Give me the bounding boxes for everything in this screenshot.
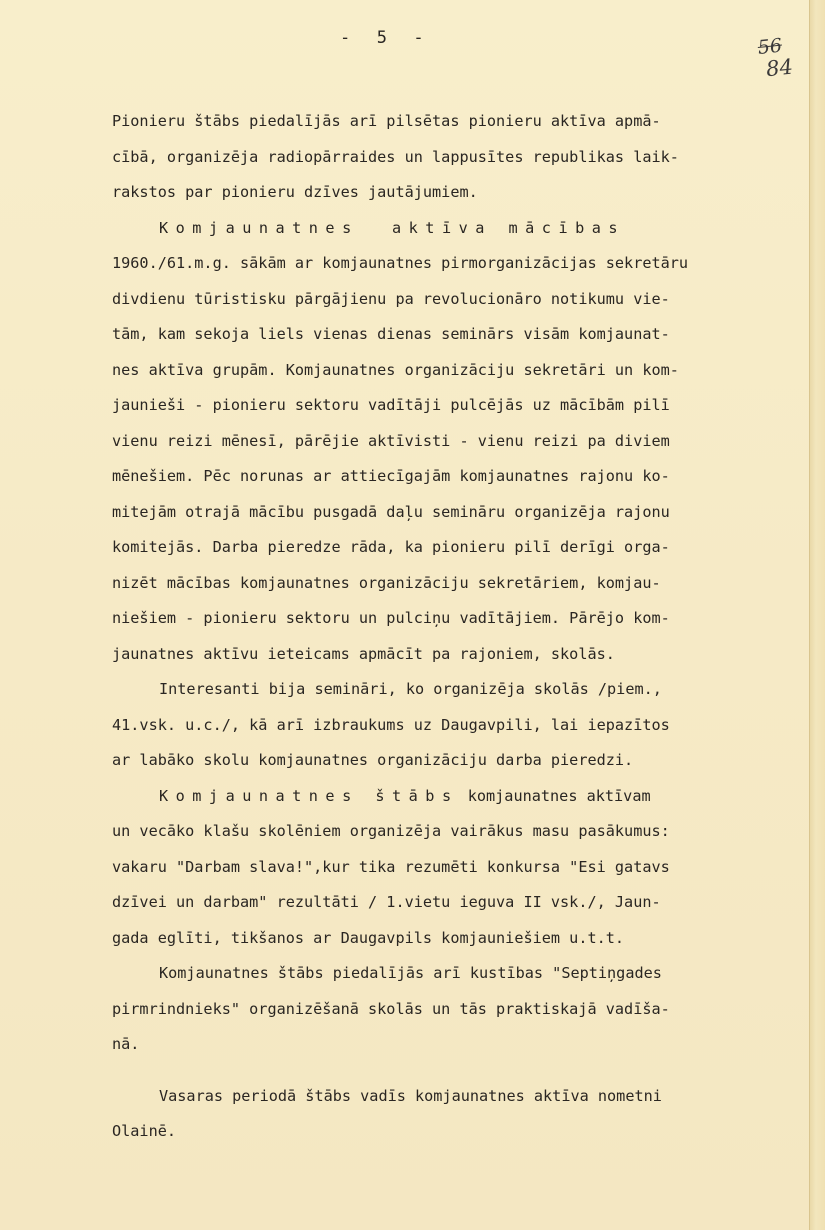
line-text: dzīvei un darbam" rezultāti / 1.vietu ie… — [112, 893, 661, 911]
text-line: pirmrindnieks" organizēšanā skolās un tā… — [112, 992, 812, 1028]
line-text: divdienu tūristisku pārgājienu pa revolu… — [112, 290, 670, 308]
text-line: 41.vsk. u.c./, kā arī izbraukums uz Daug… — [112, 708, 812, 744]
text-line: divdienu tūristisku pārgājienu pa revolu… — [112, 282, 812, 318]
line-text: un vecāko klašu skolēniem organizēja vai… — [112, 822, 670, 840]
text-line: Komjaunatnes štābs piedalījās arī kustīb… — [112, 956, 812, 992]
text-line: gada eglīti, tikšanos ar Daugavpils komj… — [112, 921, 812, 957]
line-text: cībā, organizēja radiopārraides un lappu… — [112, 148, 679, 166]
text-line: Vasaras periodā štābs vadīs komjaunatnes… — [112, 1079, 812, 1115]
text-line: nā. — [112, 1027, 812, 1063]
page-edge — [809, 0, 825, 1230]
line-text: Komjaunatnes štābs piedalījās arī kustīb… — [159, 964, 662, 982]
line-text: mitejām otrajā mācību pusgadā daļu semin… — [112, 503, 670, 521]
document-page: - 5 - 56 84 Pionieru štābs piedalījās ar… — [0, 0, 810, 1230]
line-text: tām, kam sekoja liels vienas dienas semi… — [112, 325, 670, 343]
line-text: nā. — [112, 1035, 139, 1053]
text-line: dzīvei un darbam" rezultāti / 1.vietu ie… — [112, 885, 812, 921]
line-text: pirmrindnieks" organizēšanā skolās un tā… — [112, 1000, 670, 1018]
text-line: vienu reizi mēnesī, pārējie aktīvisti - … — [112, 424, 812, 460]
line-text: 41.vsk. u.c./, kā arī izbraukums uz Daug… — [112, 716, 670, 734]
current-folio-number: 84 — [765, 56, 794, 81]
line-text: vienu reizi mēnesī, pārējie aktīvisti - … — [112, 432, 670, 450]
text-line: nizēt mācības komjaunatnes organizāciju … — [112, 566, 812, 602]
spaced-heading: Komjaunatnes aktīva mācības — [159, 219, 625, 237]
line-text: gada eglīti, tikšanos ar Daugavpils komj… — [112, 929, 624, 947]
line-text: komjaunatnes aktīvam — [459, 787, 651, 805]
text-line: tām, kam sekoja liels vienas dienas semi… — [112, 317, 812, 353]
text-line: mitejām otrajā mācību pusgadā daļu semin… — [112, 495, 812, 531]
line-text: Interesanti bija semināri, ko organizēja… — [159, 680, 662, 698]
paragraph-gap — [112, 1063, 812, 1079]
line-text: Pionieru štābs piedalījās arī pilsētas p… — [112, 112, 661, 130]
archive-folio-number: 56 84 — [743, 34, 794, 83]
text-line: Olainē. — [112, 1114, 812, 1150]
line-text: ar labāko skolu komjaunatnes organizācij… — [112, 751, 633, 769]
text-line: komitejās. Darba pieredze rāda, ka pioni… — [112, 530, 812, 566]
text-line: vakaru "Darbam slava!",kur tika rezumēti… — [112, 850, 812, 886]
text-line: rakstos par pionieru dzīves jautājumiem. — [112, 175, 812, 211]
text-line: cībā, organizēja radiopārraides un lappu… — [112, 140, 812, 176]
text-line: mēnešiem. Pēc norunas ar attiecīgajām ko… — [112, 459, 812, 495]
line-text: nes aktīva grupām. Komjaunatnes organizā… — [112, 361, 679, 379]
line-text: jaunieši - pionieru sektoru vadītāji pul… — [112, 396, 670, 414]
text-line: Pionieru štābs piedalījās arī pilsētas p… — [112, 104, 812, 140]
line-text: 1960./61.m.g. sākām ar komjaunatnes pirm… — [112, 254, 688, 272]
line-text: Vasaras periodā štābs vadīs komjaunatnes… — [159, 1087, 662, 1105]
spaced-heading: Komjaunatnes štābs — [159, 787, 459, 805]
text-line: nes aktīva grupām. Komjaunatnes organizā… — [112, 353, 812, 389]
line-text: Olainē. — [112, 1122, 176, 1140]
text-line: un vecāko klašu skolēniem organizēja vai… — [112, 814, 812, 850]
line-text: niešiem - pionieru sektoru un pulciņu va… — [112, 609, 670, 627]
text-line: jaunatnes aktīvu ieteicams apmācīt pa ra… — [112, 637, 812, 673]
line-text: nizēt mācības komjaunatnes organizāciju … — [112, 574, 661, 592]
line-text: komitejās. Darba pieredze rāda, ka pioni… — [112, 538, 670, 556]
text-line: Interesanti bija semināri, ko organizēja… — [112, 672, 812, 708]
text-line: ar labāko skolu komjaunatnes organizācij… — [112, 743, 812, 779]
text-line: niešiem - pionieru sektoru un pulciņu va… — [112, 601, 812, 637]
line-text: rakstos par pionieru dzīves jautājumiem. — [112, 183, 478, 201]
text-line: Komjaunatnes aktīva mācības — [112, 211, 812, 247]
document-body: Pionieru štābs piedalījās arī pilsētas p… — [112, 104, 812, 1150]
line-text: mēnešiem. Pēc norunas ar attiecīgajām ko… — [112, 467, 670, 485]
text-line: Komjaunatnes štābs komjaunatnes aktīvam — [112, 779, 812, 815]
page-number: - 5 - — [340, 28, 426, 48]
text-line: 1960./61.m.g. sākām ar komjaunatnes pirm… — [112, 246, 812, 282]
line-text: vakaru "Darbam slava!",kur tika rezumēti… — [112, 858, 670, 876]
text-line: jaunieši - pionieru sektoru vadītāji pul… — [112, 388, 812, 424]
line-text: jaunatnes aktīvu ieteicams apmācīt pa ra… — [112, 645, 615, 663]
